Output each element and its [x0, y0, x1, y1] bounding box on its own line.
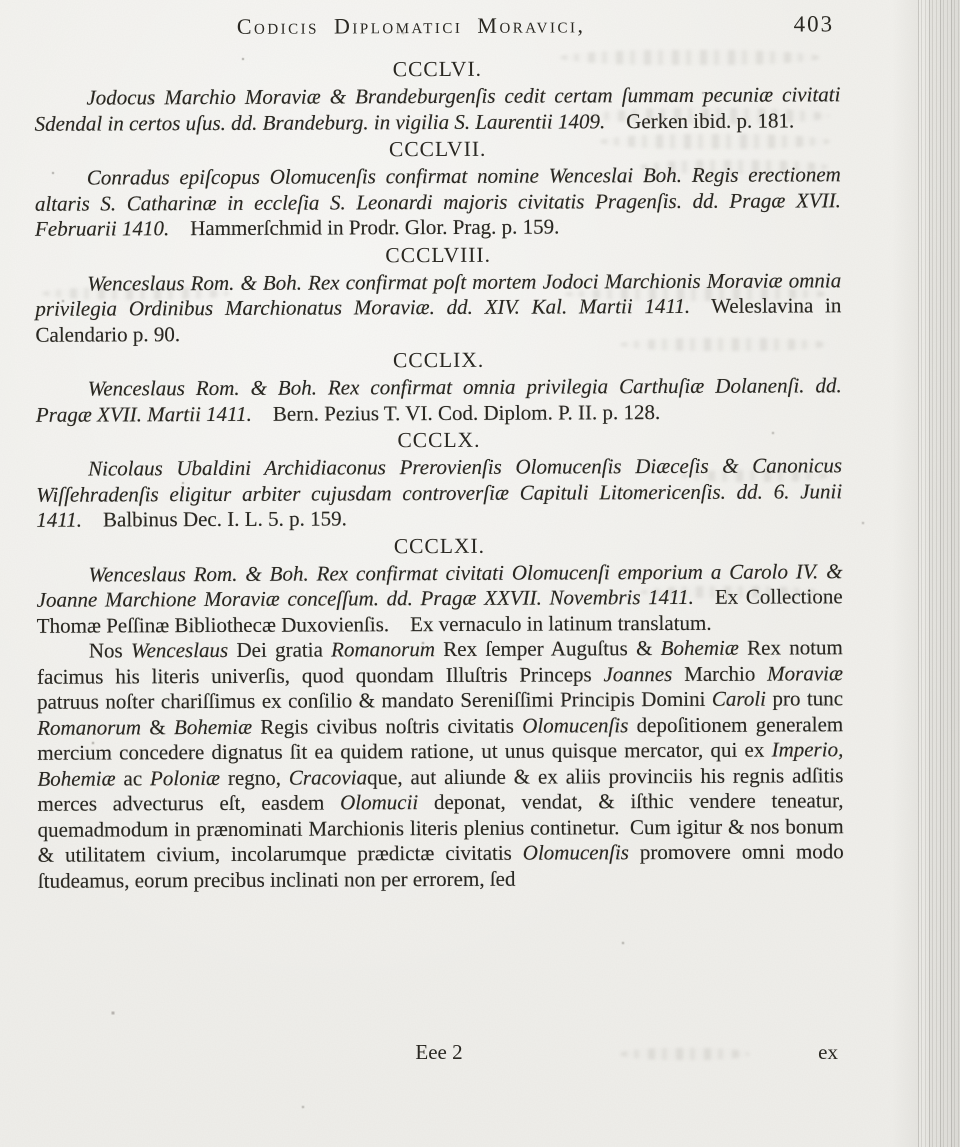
page-footer: Eee 2 ex: [36, 1040, 842, 1065]
entry-number: CCCLVIII.: [35, 240, 841, 271]
entry-number: CCCLXI.: [36, 531, 842, 562]
text-column: Codicis Diplomatici Moravici, 403 CCCLVI…: [34, 10, 844, 894]
charter-entry: CCCLVI. Jodocus Marchio Moraviæ & Brande…: [34, 54, 840, 137]
page-edge-shadow: [892, 0, 918, 1147]
entry-text: Wenceslaus Rom. & Boh. Rex confirmat civ…: [36, 559, 842, 639]
page-header: Codicis Diplomatici Moravici, 403: [34, 10, 840, 44]
entry-number: CCCLX.: [36, 425, 842, 456]
page-number: 403: [794, 11, 835, 37]
charter-entry: CCCLIX. Wenceslaus Rom. & Boh. Rex confi…: [36, 345, 842, 428]
charter-entry: CCCLVIII. Wenceslaus Rom. & Boh. Rex con…: [35, 240, 841, 348]
running-header: Codicis Diplomatici Moravici,: [237, 11, 586, 41]
entry-number: CCCLIX.: [36, 345, 842, 376]
entry-number: CCCLVI.: [34, 54, 840, 85]
ink-specks: [0, 0, 2, 2]
charter-entry: CCCLXI. Wenceslaus Rom. & Boh. Rex confi…: [36, 531, 842, 639]
entry-number: CCCLVII.: [35, 134, 841, 165]
entry-text: Jodocus Marchio Moraviæ & Brandeburgenſi…: [34, 82, 840, 137]
catchword: ex: [818, 1040, 838, 1065]
charter-body-text: Nos Wenceslaus Dei gratia Romanorum Rex …: [37, 635, 844, 894]
book-fore-edge-texture: [918, 0, 960, 1147]
charter-entry: CCCLVII. Conradus epiſcopus Olomucenſis …: [35, 134, 841, 242]
scanned-book-page: Codicis Diplomatici Moravici, 403 CCCLVI…: [0, 0, 960, 1147]
entry-text: Conradus epiſcopus Olomucenſis confirmat…: [35, 162, 841, 242]
entry-text: Wenceslaus Rom. & Boh. Rex confirmat poſ…: [35, 268, 841, 348]
signature-mark: Eee 2: [415, 1040, 462, 1064]
entry-text: Nicolaus Ubaldini Archidiaconus Prerovie…: [36, 453, 842, 533]
charter-entry: CCCLX. Nicolaus Ubaldini Archidiaconus P…: [36, 425, 842, 533]
entry-text: Wenceslaus Rom. & Boh. Rex confirmat omn…: [36, 373, 842, 428]
